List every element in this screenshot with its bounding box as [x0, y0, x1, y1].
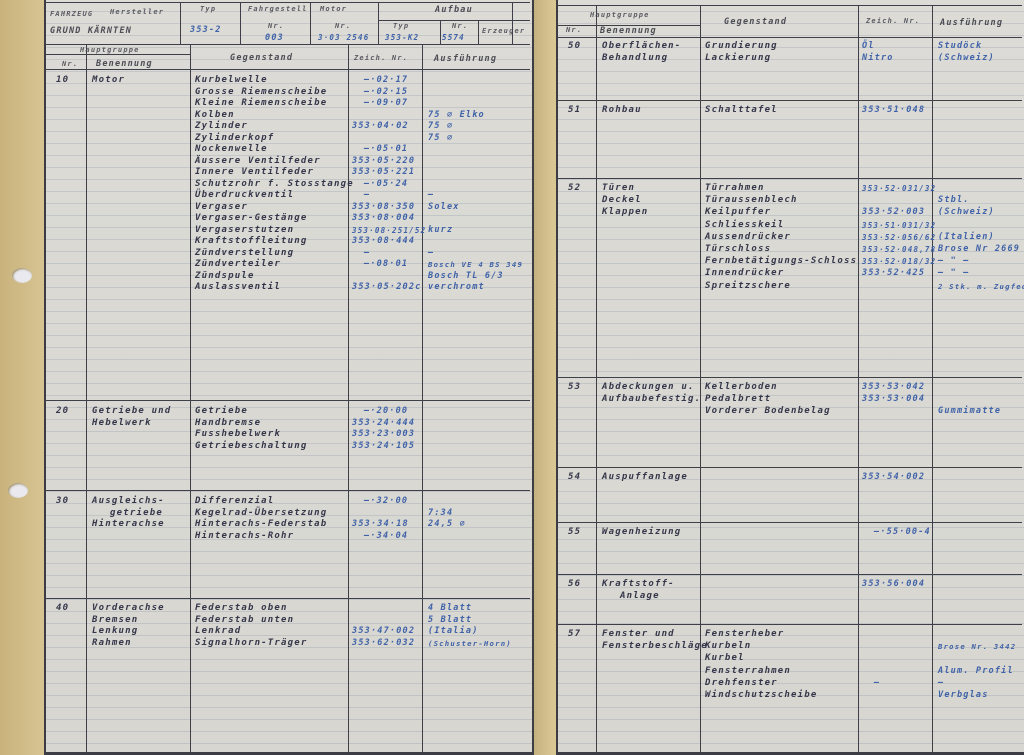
group-name: Motor	[92, 75, 125, 86]
erzeuger-label: Erzeuger	[482, 27, 525, 35]
item-zeich-nr: –·32·00	[364, 496, 408, 507]
typ-value: 353-2	[190, 25, 222, 35]
item-gegenstand: Schutzrohr f. Stosstange	[195, 179, 354, 190]
item-zeich-nr: 353·51·031/32	[862, 220, 936, 231]
item-ausfuehrung: 75 ⌀ Elko	[428, 110, 485, 121]
row-rule	[556, 467, 1022, 468]
item-gegenstand: Spreitzschere	[705, 281, 791, 292]
item-zeich-nr: –·08·01	[364, 259, 408, 270]
group-name: Bremsen	[92, 615, 138, 626]
row-rule	[556, 5, 1022, 6]
column-rule	[348, 44, 349, 752]
item-gegenstand: Keilpuffer	[705, 207, 771, 218]
row-rule	[378, 20, 530, 21]
item-ausfuehrung: Gummimatte	[938, 406, 1001, 417]
aufbau-label: Aufbau	[435, 5, 473, 15]
group-name: Behandlung	[602, 53, 668, 64]
item-gegenstand: Kleine Riemenscheibe	[195, 98, 327, 109]
group-name: Hebelwerk	[92, 418, 152, 429]
item-zeich-nr: –·05·01	[364, 144, 408, 155]
group-number: 30	[56, 496, 69, 507]
col-nr: Nr.	[62, 60, 78, 68]
item-ausfuehrung: 75 ⌀	[428, 133, 453, 144]
item-zeich-nr: 353·08·444	[352, 236, 415, 247]
column-rule	[932, 5, 933, 752]
maker-label: FAHRZEUG	[50, 10, 93, 18]
item-ausfuehrung: verchromt	[428, 282, 485, 293]
item-zeich-nr: –·34·04	[364, 531, 408, 542]
item-zeich-nr: Öl	[862, 41, 875, 52]
item-gegenstand: Fernbetätigungs-Schloss	[705, 256, 857, 267]
motor-nr-label: Nr.	[335, 22, 351, 30]
col-zeich-nr: Zeich. Nr.	[354, 54, 408, 62]
group-number: 40	[56, 603, 69, 614]
column-rule	[596, 5, 597, 752]
fahrgestell-nr-value: 003	[265, 33, 284, 43]
item-gegenstand: Federstab oben	[195, 603, 288, 614]
item-gegenstand: Windschutzscheibe	[705, 690, 818, 701]
column-rule	[700, 5, 701, 752]
item-ausfuehrung: 75 ⌀	[428, 121, 453, 132]
item-gegenstand: Grundierung	[705, 41, 778, 52]
group-number: 50	[568, 41, 581, 52]
motor-nr-value: 3·03 2546	[318, 33, 369, 42]
row-rule	[44, 400, 530, 401]
item-zeich-nr: 353·53·004	[862, 394, 925, 405]
aufbau-nr-label: Nr.	[452, 22, 468, 30]
item-gegenstand: Zündverteiler	[195, 259, 281, 270]
item-zeich-nr: 353·23·003	[352, 429, 415, 440]
maker-small-label: Hersteller	[110, 8, 164, 16]
item-zeich-nr: 353·52·425	[862, 268, 925, 279]
item-zeich-nr: 353·53·042	[862, 382, 925, 393]
col-gegenstand: Gegenstand	[724, 17, 787, 27]
item-gegenstand: Kolben	[195, 110, 235, 121]
item-ausfuehrung: —	[428, 190, 434, 201]
item-zeich-nr: 353·52·048,78	[862, 244, 936, 255]
item-gegenstand: Innere Ventilfeder	[195, 167, 314, 178]
item-gegenstand: Aussendrücker	[705, 232, 791, 243]
item-gegenstand: Fusshebelwerk	[195, 429, 281, 440]
item-ausfuehrung: (Schuster-Horn)	[428, 638, 512, 649]
item-ausfuehrung: Bosch VE 4 BS 349	[428, 259, 523, 270]
group-name: Fensterbeschläge	[602, 641, 708, 652]
col-gegenstand: Gegenstand	[230, 53, 293, 63]
fahrgestell-nr-label: Nr.	[268, 22, 284, 30]
item-gegenstand: Getriebe	[195, 406, 248, 417]
item-gegenstand: Zylinder	[195, 121, 248, 132]
row-rule	[556, 178, 1022, 179]
row-rule	[44, 490, 530, 491]
col-benennung: Benennung	[600, 26, 657, 36]
item-gegenstand: Fensterrahmen	[705, 666, 791, 677]
col-nr: Nr.	[566, 26, 582, 34]
item-gegenstand: Türaussenblech	[705, 195, 798, 206]
item-gegenstand: Lackierung	[705, 53, 771, 64]
group-name: Aufbaubefestig.	[602, 394, 701, 405]
row-rule	[44, 44, 530, 45]
column-rule	[310, 2, 311, 44]
col-zeich-nr: Zeich. Nr.	[866, 17, 920, 25]
group-name: Fenster und	[602, 629, 675, 640]
item-zeich-nr: 353·08·251/52	[352, 225, 426, 236]
item-ausfuehrung: 2 Stk. m. Zugfeder	[938, 281, 1024, 292]
item-zeich-nr: 353·05·220	[352, 156, 415, 167]
row-rule	[556, 377, 1022, 378]
group-number: 51	[568, 105, 581, 116]
column-rule	[512, 2, 513, 44]
item-zeich-nr: 353·54·002	[862, 472, 925, 483]
aufbau-typ-value: 353-K2	[385, 33, 419, 42]
item-gegenstand: Zündspule	[195, 271, 255, 282]
item-ausfuehrung: 7:34	[428, 508, 453, 519]
item-ausfuehrung: —	[428, 248, 434, 259]
group-number: 57	[568, 629, 581, 640]
group-name: Auspuffanlage	[602, 472, 688, 483]
group-name: getriebe	[110, 508, 163, 519]
group-number: 55	[568, 527, 581, 538]
group-name: Hinterachse	[92, 519, 165, 530]
row-rule	[556, 522, 1022, 523]
item-gegenstand: Federstab unten	[195, 615, 294, 626]
item-gegenstand: Getriebeschaltung	[195, 441, 308, 452]
item-zeich-nr: –·05·24	[364, 179, 408, 190]
row-rule	[556, 624, 1022, 625]
item-zeich-nr: –·55·00-4	[874, 527, 931, 538]
item-gegenstand: Kellerboden	[705, 382, 778, 393]
item-zeich-nr: Nitro	[862, 53, 894, 64]
motor-label: Motor	[320, 5, 347, 13]
group-name: Rohbau	[602, 105, 642, 116]
item-gegenstand: Drehfenster	[705, 678, 778, 689]
punch-hole	[8, 483, 28, 498]
row-rule	[44, 69, 530, 70]
item-ausfuehrung: – " –	[938, 268, 970, 279]
item-zeich-nr: 353·05·221	[352, 167, 415, 178]
item-gegenstand: Hinterachs-Federstab	[195, 519, 327, 530]
group-number: 20	[56, 406, 69, 417]
group-number: 10	[56, 75, 69, 86]
group-name: Deckel	[602, 195, 642, 206]
item-zeich-nr: –·09·07	[364, 98, 408, 109]
item-zeich-nr: 353·47·002	[352, 626, 415, 637]
punch-hole	[12, 268, 32, 283]
group-name: Ausgleichs-	[92, 496, 165, 507]
column-rule	[478, 20, 479, 44]
row-rule	[556, 37, 1022, 38]
item-gegenstand: Zündverstellung	[195, 248, 294, 259]
item-gegenstand: Auslassventil	[195, 282, 281, 293]
col-hauptgruppe: Hauptgruppe	[80, 46, 140, 54]
item-gegenstand: Handbremse	[195, 418, 261, 429]
item-gegenstand: Schliesskeil	[705, 220, 784, 231]
item-gegenstand: Vorderer Bodenbelag	[705, 406, 831, 417]
item-zeich-nr: 353·52·003	[862, 207, 925, 218]
item-gegenstand: Vergaser	[195, 202, 248, 213]
item-gegenstand: Nockenwelle	[195, 144, 268, 155]
row-rule	[44, 598, 530, 599]
group-name: Lenkung	[92, 626, 138, 637]
item-zeich-nr: –·20·00	[364, 406, 408, 417]
item-ausfuehrung: (Italia)	[428, 626, 479, 637]
item-ausfuehrung: (Italien)	[938, 232, 995, 243]
item-ausfuehrung: —	[938, 678, 944, 689]
item-gegenstand: Hinterachs-Rohr	[195, 531, 294, 542]
group-name: Oberflächen-	[602, 41, 681, 52]
item-ausfuehrung: Verbglas	[938, 690, 989, 701]
group-number: 52	[568, 183, 581, 194]
col-benennung: Benennung	[96, 59, 153, 69]
item-zeich-nr: 353·52·018/32	[862, 256, 936, 267]
col-ausfuehrung: Ausführung	[434, 54, 497, 64]
item-zeich-nr: 353·56·004	[862, 579, 925, 590]
item-gegenstand: Lenkrad	[195, 626, 241, 637]
item-ausfuehrung: Brose Nr. 3442	[938, 641, 1016, 652]
item-gegenstand: Kraftstoffleitung	[195, 236, 308, 247]
item-zeich-nr: 353·52·031/32	[862, 183, 936, 194]
item-zeich-nr: 353·34·18	[352, 519, 409, 530]
group-name: Getriebe und	[92, 406, 171, 417]
group-name: Vorderachse	[92, 603, 165, 614]
item-gegenstand: Kurbeln	[705, 641, 751, 652]
item-zeich-nr: 353·62·032	[352, 638, 415, 649]
col-ausfuehrung: Ausführung	[940, 18, 1003, 28]
group-number: 53	[568, 382, 581, 393]
column-rule	[190, 44, 191, 752]
item-gegenstand: Türrahmen	[705, 183, 765, 194]
group-name: Klappen	[602, 207, 648, 218]
column-rule	[440, 20, 441, 44]
item-zeich-nr: –·02·15	[364, 87, 408, 98]
column-rule	[180, 2, 181, 44]
item-gegenstand: Fensterheber	[705, 629, 784, 640]
group-name: Türen	[602, 183, 635, 194]
group-number: 56	[568, 579, 581, 590]
row-rule	[556, 574, 1022, 575]
item-zeich-nr: 353·04·02	[352, 121, 409, 132]
col-hauptgruppe: Hauptgruppe	[590, 11, 650, 19]
column-rule	[86, 44, 87, 752]
item-ausfuehrung: Brose Nr 2669	[938, 244, 1020, 255]
item-gegenstand: Vergaser-Gestänge	[195, 213, 308, 224]
item-gegenstand: Grosse Riemenscheibe	[195, 87, 327, 98]
item-ausfuehrung: 24,5 ⌀	[428, 519, 466, 530]
item-ausfuehrung: Studöck	[938, 41, 982, 52]
item-gegenstand: Äussere Ventilfeder	[195, 156, 321, 167]
item-ausfuehrung: Bosch TL 6/3	[428, 271, 504, 282]
group-name: Kraftstoff-	[602, 579, 675, 590]
row-rule	[44, 2, 530, 3]
item-gegenstand: Vergaserstutzen	[195, 225, 294, 236]
item-gegenstand: Kegelrad-Übersetzung	[195, 508, 327, 519]
item-zeich-nr: 353·08·004	[352, 213, 415, 224]
item-ausfuehrung: – " –	[938, 256, 970, 267]
item-gegenstand: Kurbelwelle	[195, 75, 268, 86]
item-gegenstand: Pedalbrett	[705, 394, 771, 405]
group-name: Rahmen	[92, 638, 132, 649]
row-rule	[556, 100, 1022, 101]
item-gegenstand: Differenzial	[195, 496, 274, 507]
aufbau-nr-value: 5574	[442, 33, 465, 42]
item-zeich-nr: 353·05·202c	[352, 282, 422, 293]
item-gegenstand: Schalttafel	[705, 105, 778, 116]
item-zeich-nr: 353·08·350	[352, 202, 415, 213]
item-zeich-nr: —	[364, 190, 370, 201]
item-gegenstand: Innendrücker	[705, 268, 784, 279]
item-ausfuehrung: (Schweiz)	[938, 207, 995, 218]
item-zeich-nr: —	[364, 248, 370, 259]
item-ausfuehrung: (Schweiz)	[938, 53, 995, 64]
item-ausfuehrung: Alum. Profil	[938, 666, 1014, 677]
item-ausfuehrung: 5 Blatt	[428, 615, 472, 626]
item-ausfuehrung: 4 Blatt	[428, 603, 472, 614]
column-rule	[422, 44, 423, 752]
item-gegenstand: Zylinderkopf	[195, 133, 274, 144]
group-name: Abdeckungen u.	[602, 382, 695, 393]
item-zeich-nr: 353·24·105	[352, 441, 415, 452]
group-name: Wagenheizung	[602, 527, 681, 538]
group-number: 54	[568, 472, 581, 483]
typ-label: Typ	[200, 5, 216, 13]
item-zeich-nr: —	[874, 678, 880, 689]
item-gegenstand: Signalhorn-Träger	[195, 638, 308, 649]
item-ausfuehrung: kurz	[428, 225, 453, 236]
item-ausfuehrung: Stbl.	[938, 195, 970, 206]
row-rule	[556, 25, 700, 26]
column-rule	[858, 5, 859, 752]
item-zeich-nr: 353·51·048	[862, 105, 925, 116]
item-gegenstand: Kurbel	[705, 653, 745, 664]
row-rule	[44, 54, 190, 55]
item-zeich-nr: 353·24·444	[352, 418, 415, 429]
aufbau-typ-label: Typ	[393, 22, 409, 30]
column-rule	[240, 2, 241, 44]
group-name: Anlage	[620, 591, 660, 602]
item-zeich-nr: –·02·17	[364, 75, 408, 86]
item-zeich-nr: 353·52·056/62	[862, 232, 936, 243]
item-gegenstand: Überdruckventil	[195, 190, 294, 201]
item-ausfuehrung: Solex	[428, 202, 460, 213]
column-rule	[378, 2, 379, 44]
fahrgestell-label: Fahrgestell	[248, 5, 308, 13]
maker-value: GRUND KÄRNTEN	[50, 26, 132, 36]
item-gegenstand: Türschloss	[705, 244, 771, 255]
